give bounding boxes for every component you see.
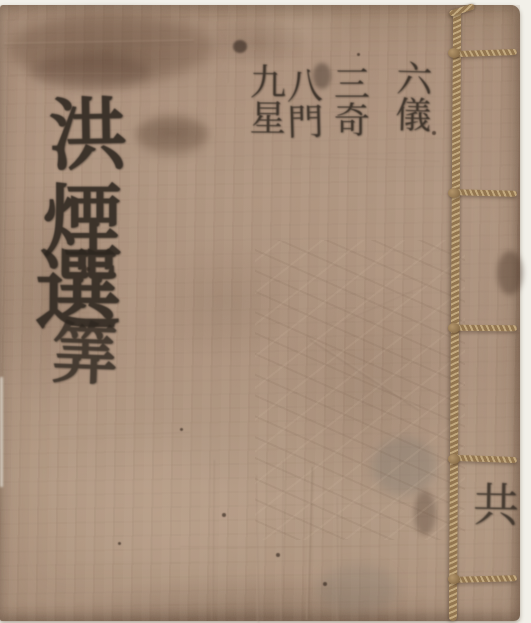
paper-crease	[280, 460, 283, 620]
term-column-three-qi: 三奇	[329, 65, 369, 137]
paper-fleck	[276, 553, 280, 557]
paper-stain	[318, 565, 398, 613]
term-column-eight-gates: 八門	[281, 66, 323, 139]
binding-stitch	[455, 49, 517, 57]
paper-stain	[136, 115, 208, 155]
paper-crease	[226, 13, 229, 83]
binding-knot	[448, 188, 460, 198]
worn-left-edge	[0, 377, 3, 487]
paper-fleck	[323, 582, 327, 586]
book-cover-photo: 洪 煙 選 筭 六儀 三奇 八門 九星 共	[0, 5, 520, 621]
binding-knot	[448, 48, 460, 58]
binding-knot	[448, 323, 460, 333]
title-char-suan: 筭	[51, 322, 119, 390]
paper-fleck	[222, 513, 226, 517]
paper-crease	[211, 460, 214, 620]
binding-cord-end	[449, 3, 476, 17]
binding-fold-crease	[445, 13, 449, 617]
binding-stitch	[455, 325, 517, 332]
term-column-six-yi: 六儀	[390, 59, 432, 132]
paper-fleck	[357, 53, 360, 56]
binding-stitch	[455, 189, 517, 197]
binding-knot	[448, 574, 460, 584]
paper-stain	[30, 55, 150, 89]
title-char-hong: 洪	[48, 96, 127, 175]
paper-fleck	[118, 542, 121, 545]
spine-tally-character: 共	[473, 483, 520, 530]
binding-stitch	[455, 575, 517, 583]
paper-fleck	[432, 131, 436, 135]
paper-crease	[60, 431, 190, 438]
paper-crease	[180, 545, 380, 547]
term-column-nine-stars: 九星	[245, 63, 286, 135]
paper-stain	[497, 251, 523, 295]
binding-knot	[448, 454, 460, 464]
ink-blot	[233, 40, 247, 53]
paper-crease	[290, 154, 440, 161]
paper-crease	[10, 73, 160, 75]
paper-wrinkles	[255, 240, 465, 540]
